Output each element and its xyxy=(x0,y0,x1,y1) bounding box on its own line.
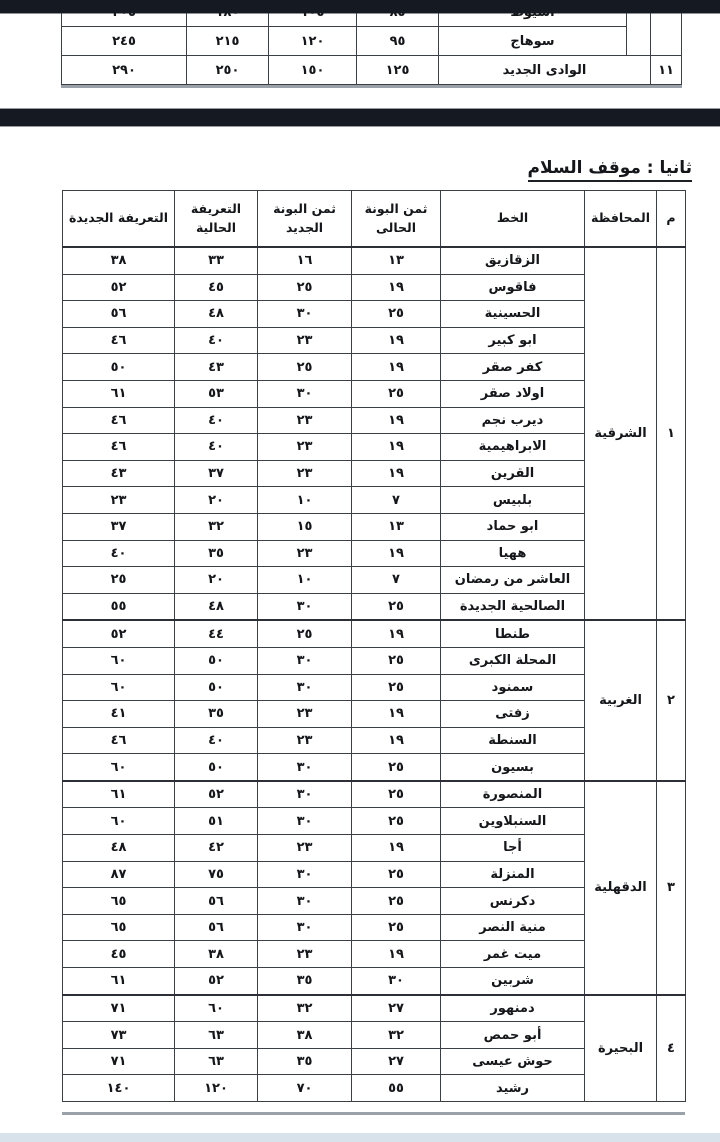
current-tariff-cell: ٤٠ xyxy=(175,407,258,434)
current-tariff-cell: ٥٣ xyxy=(175,380,258,407)
current-bona-cell: ٨٥ xyxy=(357,13,439,27)
header-num: م xyxy=(657,191,686,248)
route-cell: المنصورة xyxy=(441,781,585,808)
new-tariff-cell: ٧١ xyxy=(63,995,175,1022)
new-tariff-cell: ٦٠ xyxy=(63,647,175,674)
route-cell: الحسينية xyxy=(441,301,585,328)
route-cell: دكرنس xyxy=(441,888,585,915)
current-bona-cell: ١٩ xyxy=(352,460,441,487)
current-tariff-cell: ٣٨ xyxy=(175,941,258,968)
new-bona-cell: ١٥ xyxy=(258,513,352,540)
current-bona-cell: ١٩ xyxy=(352,701,441,728)
route-cell: الصالحية الجديدة xyxy=(441,593,585,620)
route-cell: المنزلة xyxy=(441,861,585,888)
current-tariff-cell: ٢١٥ xyxy=(187,27,269,56)
current-tariff-cell: ٥١ xyxy=(175,808,258,835)
current-tariff-cell: ٤٥ xyxy=(175,274,258,301)
current-bona-cell: ٢٥ xyxy=(352,301,441,328)
route-cell: ابو كبير xyxy=(441,327,585,354)
current-tariff-cell: ٣٥ xyxy=(175,701,258,728)
route-cell: سوهاج xyxy=(439,27,627,56)
new-tariff-cell: ٤٠ xyxy=(63,540,175,567)
table-row: ٤البحيرةدمنهور٢٧٣٢٦٠٧١ xyxy=(63,995,686,1022)
header-new-bona: ثمن البونة الجديد xyxy=(258,191,352,248)
new-tariff-cell: ٥٢ xyxy=(63,620,175,647)
new-tariff-cell: ٤٦ xyxy=(63,327,175,354)
upper-table-clip: أسيوط٨٥١٠٥١٨٠٢٠٥سوهاج٩٥١٢٠٢١٥٢٤٥١١الوادى… xyxy=(61,13,682,85)
header-new-tariff: التعريفة الجديدة xyxy=(63,191,175,248)
route-cell: طنطا xyxy=(441,620,585,647)
new-bona-cell: ٣٠ xyxy=(258,888,352,915)
new-bona-cell: ١٠ xyxy=(258,487,352,514)
table-row: أسيوط٨٥١٠٥١٨٠٢٠٥ xyxy=(62,13,682,27)
current-tariff-cell: ٥٢ xyxy=(175,968,258,995)
current-bona-cell: ١٣ xyxy=(352,513,441,540)
route-cell: فاقوس xyxy=(441,274,585,301)
route-cell: أجا xyxy=(441,835,585,862)
upper-table-body: أسيوط٨٥١٠٥١٨٠٢٠٥سوهاج٩٥١٢٠٢١٥٢٤٥١١الوادى… xyxy=(62,13,682,85)
new-tariff-cell: ٦١ xyxy=(63,968,175,995)
table-row: ٣الدقهليةالمنصورة٢٥٣٠٥٢٦١ xyxy=(63,781,686,808)
current-bona-cell: ٢٥ xyxy=(352,808,441,835)
current-bona-cell: ٥٥ xyxy=(352,1075,441,1102)
new-bona-cell: ٢٣ xyxy=(258,327,352,354)
new-bona-cell: ٣٠ xyxy=(258,808,352,835)
governorate-cell xyxy=(627,13,651,56)
current-tariff-cell: ٤٨ xyxy=(175,593,258,620)
new-tariff-cell: ٤٦ xyxy=(63,727,175,754)
current-bona-cell: ١٩ xyxy=(352,354,441,381)
route-cell: السنطة xyxy=(441,727,585,754)
new-bona-cell: ٢٣ xyxy=(258,701,352,728)
route-cell: القرين xyxy=(441,460,585,487)
header-current-tariff: التعريفة الحالية xyxy=(175,191,258,248)
new-bona-cell: ٢٣ xyxy=(258,434,352,461)
new-tariff-cell: ١٤٠ xyxy=(63,1075,175,1102)
current-bona-cell: ٢٥ xyxy=(352,861,441,888)
current-bona-cell: ١٢٥ xyxy=(357,56,439,85)
route-cell: زفتى xyxy=(441,701,585,728)
upper-table-bottom-border xyxy=(61,85,682,88)
current-tariff-cell: ٥٦ xyxy=(175,914,258,941)
current-tariff-cell: ١٨٠ xyxy=(187,13,269,27)
row-number-cell: ٣ xyxy=(657,781,686,995)
current-bona-cell: ٩٥ xyxy=(357,27,439,56)
new-bona-cell: ٢٣ xyxy=(258,460,352,487)
new-tariff-cell: ٤٦ xyxy=(63,434,175,461)
current-bona-cell: ٢٥ xyxy=(352,914,441,941)
route-cell: منية النصر xyxy=(441,914,585,941)
current-tariff-cell: ٥٢ xyxy=(175,781,258,808)
new-tariff-cell: ٣٧ xyxy=(63,513,175,540)
current-bona-cell: ٢٥ xyxy=(352,674,441,701)
new-bona-cell: ٣٠ xyxy=(258,781,352,808)
salam-table-header: م المحافظة الخط ثمن البونة الحالى ثمن ال… xyxy=(63,191,686,248)
current-tariff-cell: ٤٠ xyxy=(175,434,258,461)
bottom-strip xyxy=(0,1133,720,1142)
route-cell: سمنود xyxy=(441,674,585,701)
new-tariff-cell: ٧٣ xyxy=(63,1022,175,1049)
current-bona-cell: ٢٧ xyxy=(352,1048,441,1075)
current-tariff-cell: ٢٠ xyxy=(175,567,258,594)
new-tariff-cell: ٤٨ xyxy=(63,835,175,862)
current-bona-cell: ١٣ xyxy=(352,247,441,274)
current-tariff-cell: ٦٣ xyxy=(175,1022,258,1049)
new-tariff-cell: ٢٩٠ xyxy=(62,56,187,85)
route-cell: ابو حماد xyxy=(441,513,585,540)
current-bona-cell: ٧ xyxy=(352,487,441,514)
new-tariff-cell: ٧١ xyxy=(63,1048,175,1075)
new-tariff-cell: ٤٦ xyxy=(63,407,175,434)
current-bona-cell: ١٩ xyxy=(352,434,441,461)
governorate-cell: الغربية xyxy=(585,620,657,781)
new-bona-cell: ٢٥ xyxy=(258,620,352,647)
route-cell: ديرب نجم xyxy=(441,407,585,434)
current-tariff-cell: ٣٣ xyxy=(175,247,258,274)
current-tariff-cell: ٦٣ xyxy=(175,1048,258,1075)
governorate-cell: الشرقية xyxy=(585,247,657,620)
table-row: ٢الغربيةطنطا١٩٢٥٤٤٥٢ xyxy=(63,620,686,647)
salam-table-bottom-border xyxy=(62,1112,685,1115)
new-bona-cell: ٣٨ xyxy=(258,1022,352,1049)
current-tariff-cell: ٣٢ xyxy=(175,513,258,540)
current-tariff-cell: ٢٥٠ xyxy=(187,56,269,85)
governorate-cell: الدقهلية xyxy=(585,781,657,995)
current-tariff-cell: ٣٧ xyxy=(175,460,258,487)
route-cell: أبو حمص xyxy=(441,1022,585,1049)
current-bona-cell: ١٩ xyxy=(352,274,441,301)
row-number-cell: ٤ xyxy=(657,995,686,1102)
new-tariff-cell: ٦٥ xyxy=(63,914,175,941)
new-bona-cell: ٢٣ xyxy=(258,835,352,862)
governorate-cell: البحيرة xyxy=(585,995,657,1102)
row-number-cell xyxy=(651,13,682,56)
new-tariff-cell: ٦١ xyxy=(63,781,175,808)
current-tariff-cell: ٥٠ xyxy=(175,754,258,781)
route-cell: ههيا xyxy=(441,540,585,567)
current-tariff-cell: ١٢٠ xyxy=(175,1075,258,1102)
new-tariff-cell: ٥٥ xyxy=(63,593,175,620)
new-tariff-cell: ٤٣ xyxy=(63,460,175,487)
new-bona-cell: ٢٣ xyxy=(258,540,352,567)
route-cell: الوادى الجديد xyxy=(439,56,651,85)
route-cell: بلبيس xyxy=(441,487,585,514)
salam-table-body: ١الشرقيةالزقازيق١٣١٦٣٣٣٨فاقوس١٩٢٥٤٥٥٢الح… xyxy=(63,247,686,1102)
new-tariff-cell: ٢٤٥ xyxy=(62,27,187,56)
route-cell: ميت غمر xyxy=(441,941,585,968)
row-number-cell: ٢ xyxy=(657,620,686,781)
new-tariff-cell: ٥٦ xyxy=(63,301,175,328)
new-bona-cell: ٢٣ xyxy=(258,407,352,434)
new-tariff-cell: ٢٥ xyxy=(63,567,175,594)
new-tariff-cell: ٤٥ xyxy=(63,941,175,968)
table-row: ١١الوادى الجديد١٢٥١٥٠٢٥٠٢٩٠ xyxy=(62,56,682,85)
current-tariff-cell: ٤٢ xyxy=(175,835,258,862)
route-cell: كفر صقر xyxy=(441,354,585,381)
route-cell: دمنهور xyxy=(441,995,585,1022)
new-bona-cell: ٣٠ xyxy=(258,301,352,328)
header-line: الخط xyxy=(441,191,585,248)
new-tariff-cell: ٨٧ xyxy=(63,861,175,888)
header-governorate: المحافظة xyxy=(585,191,657,248)
new-bona-cell: ٣٢ xyxy=(258,995,352,1022)
section-heading: ثانيا : موقف السلام xyxy=(528,158,692,182)
new-bona-cell: ٣٠ xyxy=(258,674,352,701)
new-bona-cell: ١٥٠ xyxy=(269,56,357,85)
section-divider-bar xyxy=(0,108,720,127)
route-cell: العاشر من رمضان xyxy=(441,567,585,594)
new-tariff-cell: ٥٠ xyxy=(63,354,175,381)
current-tariff-cell: ٤٣ xyxy=(175,354,258,381)
new-tariff-cell: ٦٥ xyxy=(63,888,175,915)
route-cell: الابراهيمية xyxy=(441,434,585,461)
new-bona-cell: ٣٠ xyxy=(258,593,352,620)
new-tariff-cell: ٢٠٥ xyxy=(62,13,187,27)
route-cell: اولاد صقر xyxy=(441,380,585,407)
new-bona-cell: ٣٥ xyxy=(258,968,352,995)
new-bona-cell: ٢٥ xyxy=(258,354,352,381)
route-cell: حوش عيسى xyxy=(441,1048,585,1075)
new-bona-cell: ١٦ xyxy=(258,247,352,274)
route-cell: الزقازيق xyxy=(441,247,585,274)
row-number-cell: ١ xyxy=(657,247,686,620)
new-bona-cell: ٣٠ xyxy=(258,861,352,888)
new-bona-cell: ٣٥ xyxy=(258,1048,352,1075)
current-bona-cell: ٢٥ xyxy=(352,647,441,674)
route-cell: المحلة الكبرى xyxy=(441,647,585,674)
route-cell: شربين xyxy=(441,968,585,995)
new-bona-cell: ٢٣ xyxy=(258,727,352,754)
current-bona-cell: ٢٧ xyxy=(352,995,441,1022)
new-tariff-cell: ٥٢ xyxy=(63,274,175,301)
salam-table-container: م المحافظة الخط ثمن البونة الحالى ثمن ال… xyxy=(62,190,686,1102)
new-bona-cell: ١٠٥ xyxy=(269,13,357,27)
current-bona-cell: ١٩ xyxy=(352,407,441,434)
new-tariff-cell: ٢٣ xyxy=(63,487,175,514)
new-bona-cell: ٢٣ xyxy=(258,941,352,968)
table-row: ١الشرقيةالزقازيق١٣١٦٣٣٣٨ xyxy=(63,247,686,274)
new-tariff-cell: ٦٠ xyxy=(63,754,175,781)
row-number-cell: ١١ xyxy=(651,56,682,85)
current-bona-cell: ١٩ xyxy=(352,727,441,754)
new-bona-cell: ٧٠ xyxy=(258,1075,352,1102)
new-tariff-cell: ٣٨ xyxy=(63,247,175,274)
new-bona-cell: ١٢٠ xyxy=(269,27,357,56)
new-bona-cell: ٣٠ xyxy=(258,754,352,781)
new-bona-cell: ٣٠ xyxy=(258,380,352,407)
current-bona-cell: ٧ xyxy=(352,567,441,594)
current-tariff-cell: ٤٤ xyxy=(175,620,258,647)
route-cell: أسيوط xyxy=(439,13,627,27)
current-tariff-cell: ٤٨ xyxy=(175,301,258,328)
current-bona-cell: ٢٥ xyxy=(352,754,441,781)
current-tariff-cell: ٥٠ xyxy=(175,647,258,674)
current-tariff-cell: ٥٠ xyxy=(175,674,258,701)
current-tariff-cell: ٤٠ xyxy=(175,327,258,354)
new-bona-cell: ٢٥ xyxy=(258,274,352,301)
route-cell: السنبلاوين xyxy=(441,808,585,835)
current-bona-cell: ٢٥ xyxy=(352,781,441,808)
current-bona-cell: ١٩ xyxy=(352,327,441,354)
new-tariff-cell: ٦٠ xyxy=(63,674,175,701)
top-black-bar xyxy=(0,0,720,14)
current-tariff-cell: ٥٦ xyxy=(175,888,258,915)
new-bona-cell: ٣٠ xyxy=(258,914,352,941)
current-bona-cell: ٢٥ xyxy=(352,380,441,407)
new-bona-cell: ٣٠ xyxy=(258,647,352,674)
new-tariff-cell: ٦٠ xyxy=(63,808,175,835)
current-bona-cell: ٢٥ xyxy=(352,593,441,620)
current-tariff-cell: ٦٠ xyxy=(175,995,258,1022)
new-bona-cell: ١٠ xyxy=(258,567,352,594)
current-bona-cell: ٣٠ xyxy=(352,968,441,995)
route-cell: رشيد xyxy=(441,1075,585,1102)
current-bona-cell: ١٩ xyxy=(352,941,441,968)
current-bona-cell: ٣٢ xyxy=(352,1022,441,1049)
current-tariff-cell: ٧٥ xyxy=(175,861,258,888)
upper-fares-table: أسيوط٨٥١٠٥١٨٠٢٠٥سوهاج٩٥١٢٠٢١٥٢٤٥١١الوادى… xyxy=(61,13,682,85)
current-bona-cell: ١٩ xyxy=(352,540,441,567)
current-bona-cell: ١٩ xyxy=(352,620,441,647)
route-cell: بسيون xyxy=(441,754,585,781)
current-bona-cell: ٢٥ xyxy=(352,888,441,915)
current-bona-cell: ١٩ xyxy=(352,835,441,862)
new-tariff-cell: ٤١ xyxy=(63,701,175,728)
new-tariff-cell: ٦١ xyxy=(63,380,175,407)
table-row: سوهاج٩٥١٢٠٢١٥٢٤٥ xyxy=(62,27,682,56)
current-tariff-cell: ٣٥ xyxy=(175,540,258,567)
current-tariff-cell: ٢٠ xyxy=(175,487,258,514)
salam-fares-table: م المحافظة الخط ثمن البونة الحالى ثمن ال… xyxy=(62,190,686,1102)
header-current-bona: ثمن البونة الحالى xyxy=(352,191,441,248)
current-tariff-cell: ٤٠ xyxy=(175,727,258,754)
